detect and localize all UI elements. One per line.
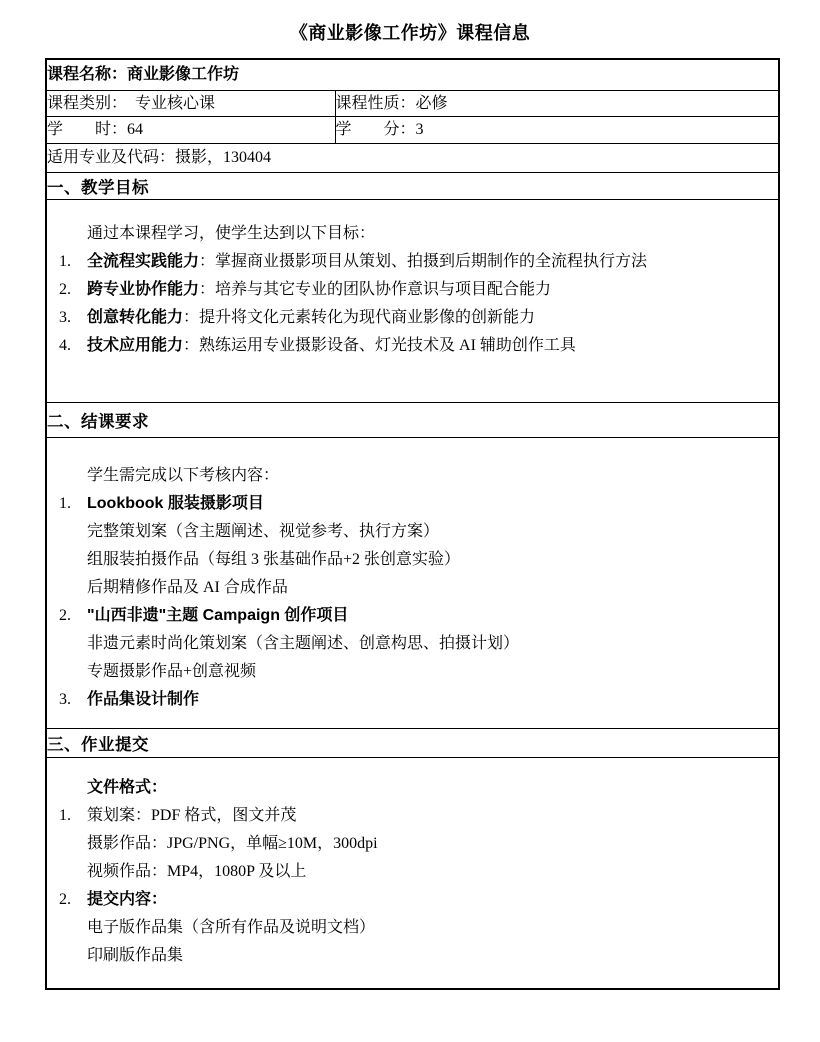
content-line: 通过本课程学习，使学生达到以下目标： [47, 220, 778, 248]
list-item: 2. 提交内容： [47, 886, 778, 914]
list-item: 1. 策划案：PDF 格式，图文并茂 [47, 802, 778, 830]
page-title: 《商业影像工作坊》课程信息 [0, 0, 820, 58]
content-line: 专题摄影作品+创意视频 [47, 658, 778, 686]
content-line: 组服装拍摄作品（每组 3 张基础作品+2 张创意实验） [47, 546, 778, 574]
section-body-course-requirements: 学生需完成以下考核内容： 1. Lookbook 服装摄影项目 完整策划案（含主… [46, 438, 779, 729]
table-row: 一、教学目标 [46, 173, 779, 200]
table-row: 三、作业提交 [46, 729, 779, 758]
table-row: 课程类别： 专业核心课 课程性质：必修 [46, 91, 779, 117]
course-info-table: 课程名称：商业影像工作坊 课程类别： 专业核心课 课程性质：必修 学 时：64 … [45, 58, 780, 990]
table-row: 课程名称：商业影像工作坊 [46, 59, 779, 91]
table-row: 学 时：64 学 分：3 [46, 117, 779, 144]
section-body-assignment-submission: 文件格式： 1. 策划案：PDF 格式，图文并茂 摄影作品：JPG/PNG，单幅… [46, 758, 779, 990]
list-item: 2. 跨专业协作能力：培养与其它专业的团队协作意识与项目配合能力 [47, 276, 778, 304]
content-line: 印刷版作品集 [47, 942, 778, 970]
line-number: 1. [59, 490, 87, 518]
list-item: 1. Lookbook 服装摄影项目 [47, 490, 778, 518]
table-row: 文件格式： 1. 策划案：PDF 格式，图文并茂 摄影作品：JPG/PNG，单幅… [46, 758, 779, 990]
content-line: 电子版作品集（含所有作品及说明文档） [47, 914, 778, 942]
section-heading-course-requirements: 二、结课要求 [46, 403, 779, 438]
table-row: 学生需完成以下考核内容： 1. Lookbook 服装摄影项目 完整策划案（含主… [46, 438, 779, 729]
content-line: 学生需完成以下考核内容： [47, 462, 778, 490]
course-credits-cell: 学 分：3 [335, 117, 779, 144]
list-item: 1. 全流程实践能力：掌握商业摄影项目从策划、拍摄到后期制作的全流程执行方法 [47, 248, 778, 276]
content-line: 视频作品：MP4，1080P 及以上 [47, 858, 778, 886]
course-nature-cell: 课程性质：必修 [335, 91, 779, 117]
line-number: 3. [59, 686, 87, 714]
list-item: 3. 作品集设计制作 [47, 686, 778, 714]
list-item: 2. "山西非遗"主题 Campaign 创作项目 [47, 602, 778, 630]
line-number: 2. [59, 602, 87, 630]
section-body-teaching-goals: 通过本课程学习，使学生达到以下目标： 1. 全流程实践能力：掌握商业摄影项目从策… [46, 200, 779, 403]
course-name-cell: 课程名称：商业影像工作坊 [46, 59, 779, 91]
list-item: 4. 技术应用能力：熟练运用专业摄影设备、灯光技术及 AI 辅助创作工具 [47, 332, 778, 360]
content-line: 完整策划案（含主题阐述、视觉参考、执行方案） [47, 518, 778, 546]
table-row: 二、结课要求 [46, 403, 779, 438]
line-number: 2. [59, 276, 87, 304]
line-number: 4. [59, 332, 87, 360]
content-line: 文件格式： [47, 774, 778, 802]
table-row: 通过本课程学习，使学生达到以下目标： 1. 全流程实践能力：掌握商业摄影项目从策… [46, 200, 779, 403]
list-item: 3. 创意转化能力：提升将文化元素转化为现代商业影像的创新能力 [47, 304, 778, 332]
document-page: 《商业影像工作坊》课程信息 课程名称：商业影像工作坊 课程类别： 专业核心课 课… [0, 0, 820, 1042]
line-number: 1. [59, 248, 87, 276]
content-line: 摄影作品：JPG/PNG，单幅≥10M，300dpi [47, 830, 778, 858]
course-hours-cell: 学 时：64 [46, 117, 335, 144]
applicable-majors-cell: 适用专业及代码：摄影，130404 [46, 144, 779, 173]
course-category-cell: 课程类别： 专业核心课 [46, 91, 335, 117]
section-heading-assignment-submission: 三、作业提交 [46, 729, 779, 758]
content-line: 后期精修作品及 AI 合成作品 [47, 574, 778, 602]
section-heading-teaching-goals: 一、教学目标 [46, 173, 779, 200]
line-number: 3. [59, 304, 87, 332]
content-line: 非遗元素时尚化策划案（含主题阐述、创意构思、拍摄计划） [47, 630, 778, 658]
line-number: 2. [59, 886, 87, 914]
line-number: 1. [59, 802, 87, 830]
table-row: 适用专业及代码：摄影，130404 [46, 144, 779, 173]
